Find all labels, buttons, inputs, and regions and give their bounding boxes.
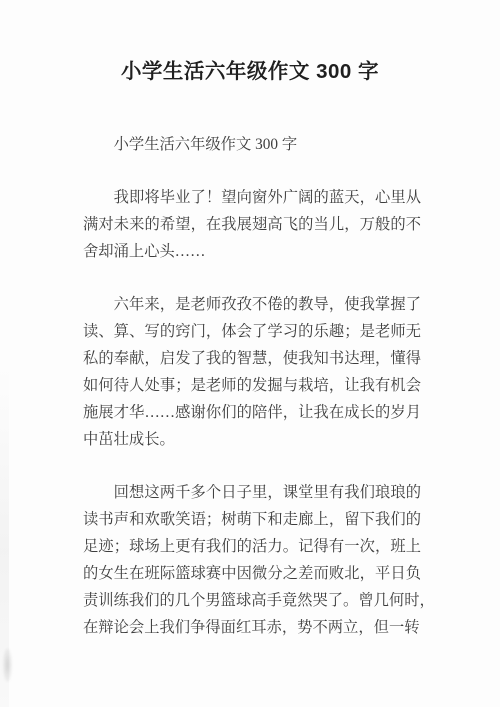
essay-line: 我即将毕业了！望向窗外广阔的蓝天，心里从 — [83, 184, 421, 211]
essay-line: 满对未来的希望，在我展翅高飞的当儿，万般的不 — [83, 211, 421, 238]
scan-smudge — [3, 648, 12, 682]
essay-line: 施展才华……感谢你们的陪伴，让我在成长的岁月 — [83, 399, 421, 426]
essay-line: 舍却涌上心头…… — [83, 238, 421, 265]
essay-line: 私的奉献，启发了我的智慧，使我知书达理，懂得 — [83, 345, 421, 372]
essay-line: 如何待人处事；是老师的发掘与栽培，让我有机会 — [83, 372, 421, 399]
essay-line: 六年来，是老师孜孜不倦的教导，使我掌握了 — [83, 291, 421, 318]
essay-line: 读、算、写的窍门，体会了学习的乐趣；是老师无 — [83, 318, 421, 345]
document-title: 小学生活六年级作文 300 字 — [30, 0, 470, 87]
essay-line: 责训练我们的几个男篮球高手竟然哭了。曾几何时， — [83, 587, 421, 614]
essay-line: 在辩论会上我们争得面红耳赤，势不两立，但一转 — [83, 614, 421, 641]
document-page: 小学生活六年级作文 300 字 小学生活六年级作文 300 字 我即将毕业了！望… — [0, 0, 500, 707]
essay-line: 中茁壮成长。 — [83, 426, 421, 453]
document-subtitle: 小学生活六年级作文 300 字 — [83, 131, 421, 158]
essay-line: 回想这两千多个日子里，课堂里有我们琅琅的 — [83, 479, 421, 506]
essay-line: 足迹；球场上更有我们的活力。记得有一次，班上 — [83, 533, 421, 560]
essay-body: 我即将毕业了！望向窗外广阔的蓝天，心里从满对未来的希望，在我展翅高飞的当儿，万般… — [83, 184, 421, 641]
essay-paragraph: 六年来，是老师孜孜不倦的教导，使我掌握了读、算、写的窍门，体会了学习的乐趣；是老… — [83, 291, 421, 453]
essay-paragraph: 我即将毕业了！望向窗外广阔的蓝天，心里从满对未来的希望，在我展翅高飞的当儿，万般… — [83, 184, 421, 265]
essay-line: 的女生在班际篮球赛中因微分之差而败北，平日负 — [83, 560, 421, 587]
essay-line: 读书声和欢歌笑语；树萌下和走廊上，留下我们的 — [83, 506, 421, 533]
essay-paragraph: 回想这两千多个日子里，课堂里有我们琅琅的读书声和欢歌笑语；树萌下和走廊上，留下我… — [83, 479, 421, 641]
page-edge-shadow — [0, 0, 9, 707]
